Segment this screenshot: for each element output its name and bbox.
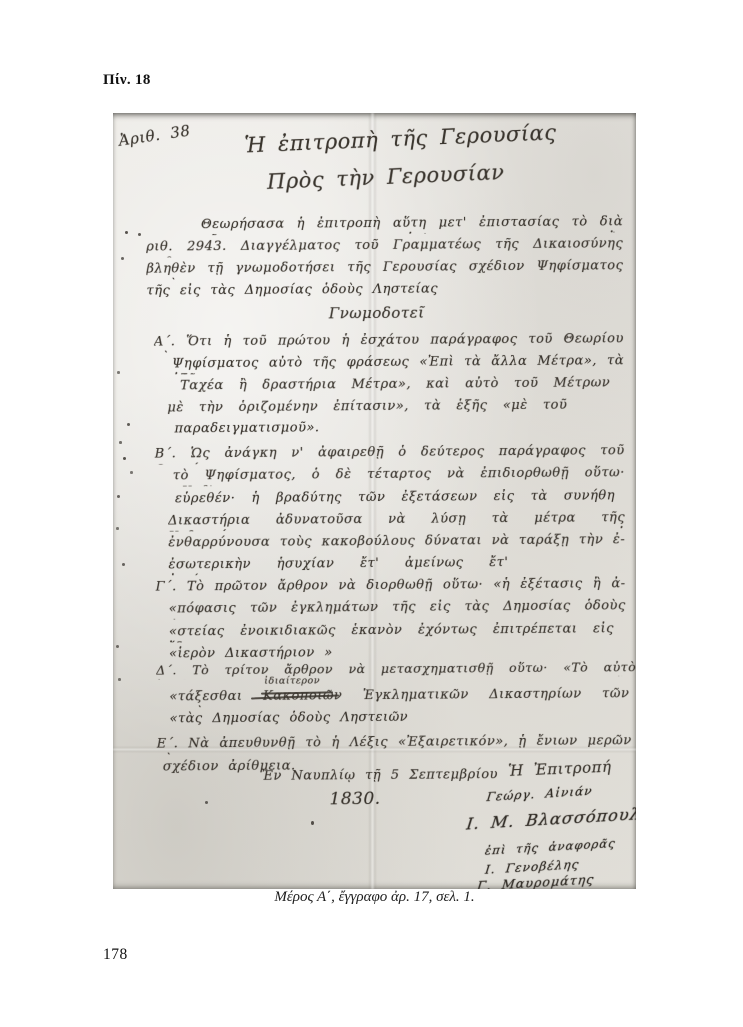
ink-spot <box>205 801 208 804</box>
dateline-place: Ἐν Ναυπλίῳ τῇ 5 Σεπτεμβρίου <box>260 767 500 784</box>
signature: ἐπὶ τῆς ἀναφορᾶς <box>484 837 616 858</box>
ink-spot <box>127 423 130 426</box>
ink-spot <box>125 231 128 234</box>
ink-spot <box>116 527 119 530</box>
plate-label: Πίν. 18 <box>103 72 151 89</box>
doc-number: Ἀριθ. 38 <box>118 121 192 149</box>
handwriting-line: βληθὲν τῇ γνωμοδοτήσει τῆς Γερουσίας σχέ… <box>146 258 623 279</box>
handwriting-line: «ἱερὸν Δικαστήριον » <box>169 645 333 662</box>
handwriting-line: ἐσωτερικὴν ἡσυχίαν ἔτ' ἀμείνως ἔτ' ἐκείν… <box>168 555 508 575</box>
book-page: { "page": { "plate_label": "Πίν. 18", "c… <box>0 0 743 1027</box>
handwriting-line: τὸ Ψηφίσματος, ὁ δὲ τέταρτος νὰ ἐπιδιορθ… <box>173 465 625 486</box>
handwriting-line: «τὰς Δημοσίας ὁδοὺς Ληστειῶν <box>169 710 408 727</box>
handwriting-line: ριθ. 2943. Διαγγέλματος τοῦ Γραμματέως τ… <box>146 236 623 257</box>
dateline-year: 1830. <box>290 789 420 810</box>
handwriting-line: Β΄. Ὡς ἀνάγκη ν' ἀφαιρεθῇ ὁ δεύτερος παρ… <box>155 443 625 464</box>
handwriting-line: ἐνθαρρύνουσα τοὺς κακοβούλους δύναται νὰ… <box>168 532 625 553</box>
struck-word-line: «τάξεσθαι Κακοποιῶν Ἐγκληματικῶν Δικαστη… <box>169 686 629 707</box>
signature-heading: Ἡ Ἐπιτροπή <box>490 757 631 781</box>
ink-spot <box>130 471 133 474</box>
ink-spot <box>117 371 120 374</box>
interline-correction: ἰδιαίτερον <box>264 675 320 687</box>
ink-spot <box>121 257 124 260</box>
figure-caption: Μέρος Α΄, ἔγγραφο ἀρ. 17, σελ. 1. <box>113 889 636 906</box>
ink-spot <box>123 457 126 460</box>
handwriting-line: Ε΄. Νὰ ἀπευθυνθῇ τὸ ἡ Λέξις «Ἐξαιρετικόν… <box>157 733 632 754</box>
ink-spot <box>311 821 314 825</box>
handwriting-line: εὑρεθέν· ἡ βραδύτης τῶν ἐξετάσεων εἰς τὰ… <box>175 488 615 509</box>
handwriting-line: Δικαστήρια ἀδυνατοῦσα νὰ λύσῃ τὰ μέτρα τ… <box>168 510 625 531</box>
handwriting-line: παραδειγματισμοῦ». <box>174 420 319 437</box>
ink-spot <box>138 233 141 236</box>
ink-spot <box>116 645 119 648</box>
handwriting-line: Α΄. Ὅτι ἡ τοῦ πρώτου ἡ ἐσχάτου παράγραφο… <box>154 331 624 352</box>
handwriting-line: «στείας ἐνοικιδιακῶς ἑκανὸν ἐχόντως ἐπιτ… <box>169 621 614 642</box>
handwriting-line: τῆς εἰς τὰς Δημοσίας ὁδοὺς Ληστείας <box>146 282 438 300</box>
ink-spot <box>117 495 120 498</box>
handwriting-line: Γ΄. Τὸ πρῶτον ἄρθρον νὰ διορθωθῇ οὕτω· «… <box>156 576 626 597</box>
handwriting-line: Ταχέα ἢ δραστήρια Μέτρα», καὶ αὐτὸ τοῦ Μ… <box>180 375 610 396</box>
handwriting-line: Δ΄. Τὸ τρίτον ἄρθρον νὰ μετασχηματισθῇ ο… <box>156 659 636 679</box>
signature: Γεώργ. Αἰνιάν <box>486 784 594 805</box>
page-number: 178 <box>103 946 128 964</box>
title-line-1: Ἡ ἐπιτροπὴ τῆς Γερουσίας <box>240 120 561 159</box>
handwriting-line: μὲ τὴν ὁριζομένην ἐπίτασιν», τὰ ἑξῆς «μὲ… <box>167 398 567 418</box>
handwriting-layer: Ἀριθ. 38Ἡ ἐπιτροπὴ τῆς ΓερουσίαςΠρὸς τὴν… <box>113 113 636 889</box>
handwriting-line: Θεωρήσασα ἡ ἐπιτροπὴ αὕτη μετ' ἐπιστασία… <box>201 214 623 234</box>
mid-heading: Γνωμοδοτεῖ <box>292 303 462 322</box>
ink-spot <box>122 563 125 566</box>
scanned-document-image: Ἀριθ. 38Ἡ ἐπιτροπὴ τῆς ΓερουσίαςΠρὸς τὴν… <box>113 113 636 889</box>
handwriting-line: Ψηφίσματος αὐτὸ τῆς φράσεως «Ἐπὶ τὰ ἄλλα… <box>172 353 624 374</box>
ink-spot <box>118 678 121 681</box>
signature: Ι. Μ. Βλασσόπουλος <box>465 803 636 834</box>
ink-spot <box>119 441 122 444</box>
handwriting-line: «πόφασις τῶν ἐγκλημάτων τῆς εἰς τὰς Δημο… <box>169 598 626 619</box>
title-line-2: Πρὸς τὴν Γερουσίαν <box>260 160 511 196</box>
